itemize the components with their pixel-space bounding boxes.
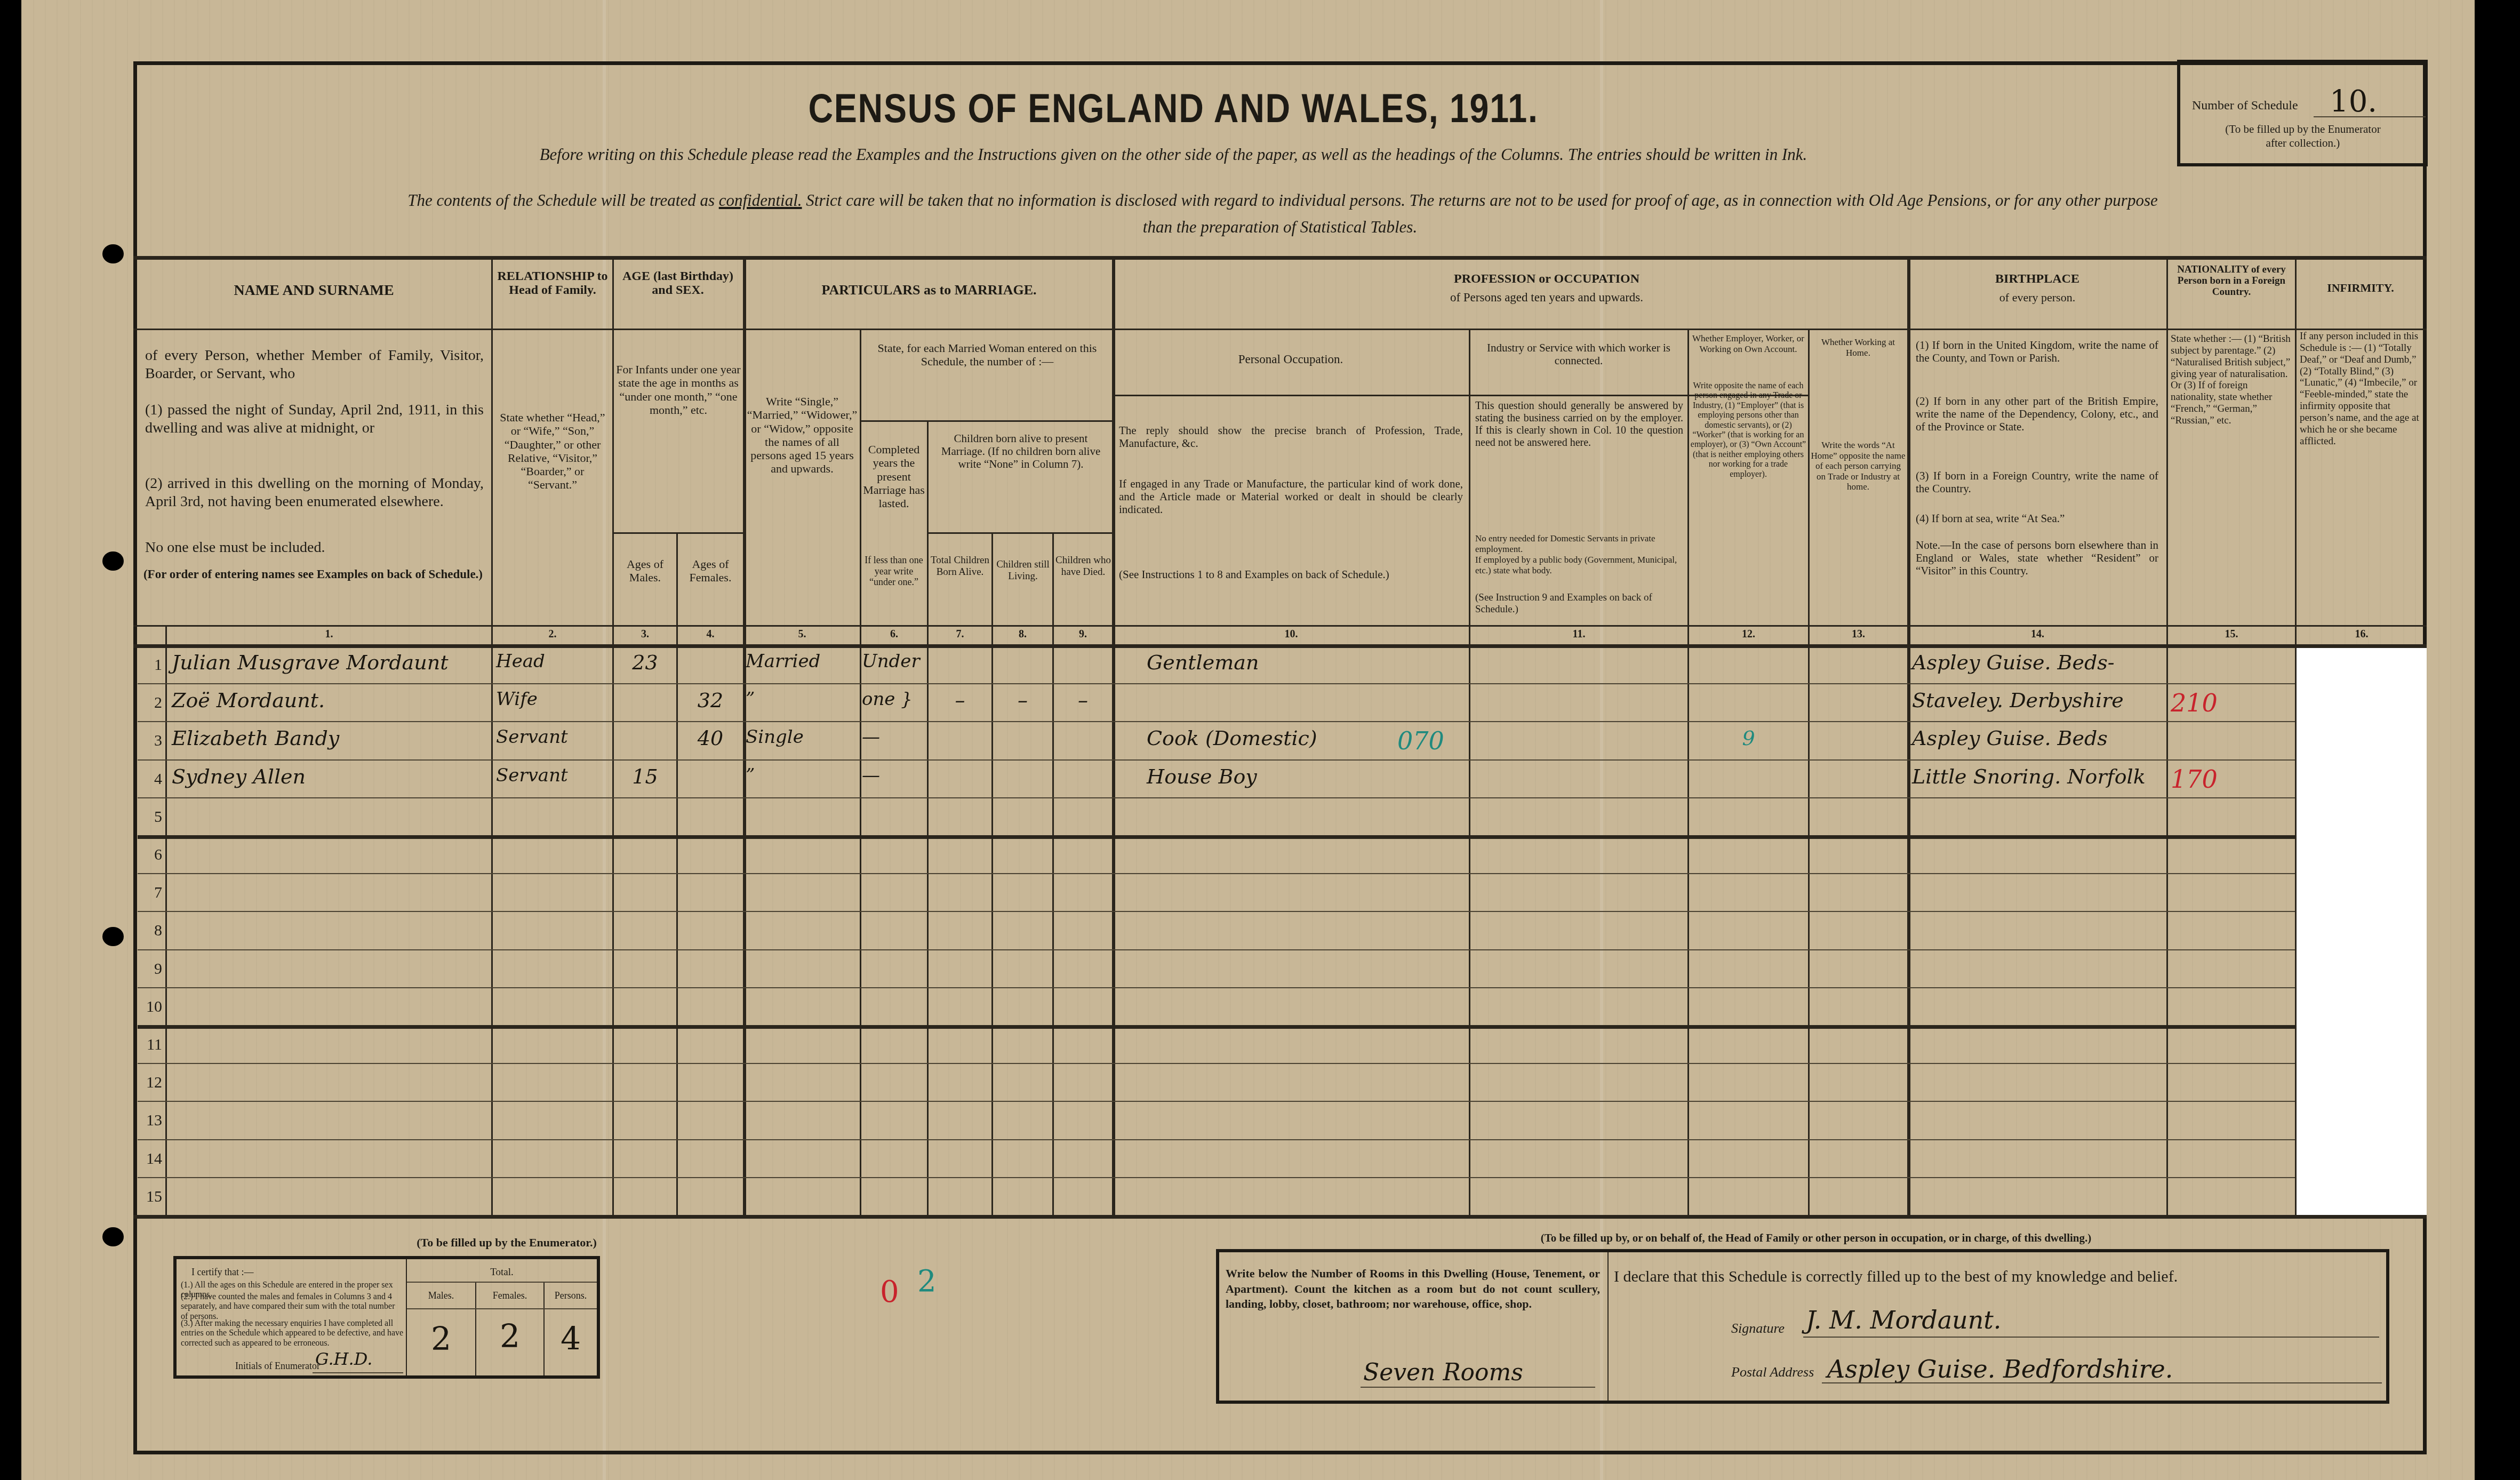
head-of-family-heading: (To be filled up by, or on behalf of, th… xyxy=(1269,1232,2363,1244)
row-number: 6 xyxy=(138,846,162,864)
enumerator-initials[interactable]: G.H.D. xyxy=(315,1349,372,1369)
table-row: 3Elizabeth BandyServant40Single—Cook (Do… xyxy=(0,722,2520,760)
cell-born-alive[interactable]: – xyxy=(929,689,991,712)
enumerator-heading: (To be filled up by the Enumerator.) xyxy=(240,1236,773,1249)
cell-condition[interactable]: ” xyxy=(746,765,860,786)
table-row: 2Zoë Mordaunt.Wife32”one }–––Staveley. D… xyxy=(0,684,2520,722)
cell-age-female[interactable]: 40 xyxy=(678,726,743,750)
cell-relationship[interactable]: Head xyxy=(496,651,611,672)
row-number: 15 xyxy=(138,1188,162,1206)
row-number: 13 xyxy=(138,1111,162,1130)
cell-years-married[interactable]: one } xyxy=(862,689,927,710)
punch-hole xyxy=(102,551,124,571)
cell-died[interactable]: – xyxy=(1054,689,1112,712)
row-number: 7 xyxy=(138,884,162,902)
schedule-number-value[interactable]: 10. xyxy=(2330,84,2377,119)
cell-age-male[interactable]: 23 xyxy=(614,651,676,674)
enumerator-box: I certify that :— (1.) All the ages on t… xyxy=(173,1256,600,1379)
total-persons[interactable]: 4 xyxy=(545,1321,597,1358)
punch-hole xyxy=(102,244,124,263)
cell-condition[interactable]: Single xyxy=(746,726,860,748)
cell-age-female[interactable]: 32 xyxy=(678,689,743,712)
schedule-number-label: Number of Schedule xyxy=(2192,98,2298,114)
table-row: 11 xyxy=(0,1026,2520,1064)
cell-birthplace[interactable]: Little Snoring. Norfolk xyxy=(1912,765,2166,788)
cell-condition[interactable]: Married xyxy=(746,651,860,672)
cell-name[interactable]: Elizabeth Bandy xyxy=(172,726,489,750)
margin-code-teal: 2 xyxy=(917,1264,937,1299)
row-number: 10 xyxy=(138,998,162,1016)
table-row: 1Julian Musgrave MordauntHead23MarriedUn… xyxy=(0,646,2520,684)
row-number: 2 xyxy=(138,694,162,712)
col-header-occupation: PROFESSION or OCCUPATION xyxy=(1227,272,1867,286)
schedule-number-box: Number of Schedule 10. (To be filled up … xyxy=(2177,60,2428,166)
row-number: 12 xyxy=(138,1074,162,1092)
cell-name[interactable]: Sydney Allen xyxy=(172,765,489,788)
cell-occupation[interactable]: Cook (Domestic) xyxy=(1147,726,1403,750)
col-header-infirmity: INFIRMITY. xyxy=(2297,282,2425,294)
cell-condition[interactable]: ” xyxy=(746,689,860,710)
row-number: 1 xyxy=(138,656,162,674)
table-row: 7 xyxy=(0,874,2520,912)
col-header-relationship: RELATIONSHIP to Head of Family. xyxy=(494,269,611,298)
row-number: 11 xyxy=(138,1036,162,1054)
declaration-box: Write below the Number of Rooms in this … xyxy=(1216,1249,2389,1404)
cell-years-married[interactable]: — xyxy=(862,765,927,786)
page-title: CENSUS OF ENGLAND AND WALES, 1911. xyxy=(720,85,1627,132)
cell-relationship[interactable]: Wife xyxy=(496,689,611,710)
table-row: 8 xyxy=(0,912,2520,950)
table-row: 12 xyxy=(0,1064,2520,1102)
table-row: 5 xyxy=(0,798,2520,836)
rooms-value[interactable]: Seven Rooms xyxy=(1363,1359,1523,1386)
punch-hole xyxy=(102,1227,124,1246)
row-number: 14 xyxy=(138,1150,162,1168)
col-header-marriage: PARTICULARS as to MARRIAGE. xyxy=(747,283,1111,298)
total-males[interactable]: 2 xyxy=(407,1321,475,1358)
cell-age-male[interactable]: 15 xyxy=(614,765,676,788)
row-number: 9 xyxy=(138,960,162,978)
cell-name[interactable]: Julian Musgrave Mordaunt xyxy=(172,651,489,674)
total-females[interactable]: 2 xyxy=(476,1318,543,1355)
instruction-line: Before writing on this Schedule please r… xyxy=(224,145,2123,164)
cell-occ-code[interactable]: 070 xyxy=(1397,726,1467,755)
cell-birthplace[interactable]: Aspley Guise. Beds xyxy=(1912,726,2166,750)
cell-name[interactable]: Zoë Mordaunt. xyxy=(172,689,489,712)
cell-birthplace[interactable]: Aspley Guise. Beds- xyxy=(1912,651,2166,674)
confidential-line-2: than the preparation of Statistical Tabl… xyxy=(640,218,1920,237)
margin-code-red: 0 xyxy=(880,1275,899,1309)
table-row: 13 xyxy=(0,1102,2520,1140)
cell-relationship[interactable]: Servant xyxy=(496,726,611,748)
table-row: 14 xyxy=(0,1140,2520,1178)
cell-birth-code[interactable]: 170 xyxy=(2171,765,2293,794)
col-header-nationality: NATIONALITY of every Person born in a Fo… xyxy=(2169,265,2294,298)
cell-relationship[interactable]: Servant xyxy=(496,765,611,786)
col-header-age: AGE (last Birthday) and SEX. xyxy=(614,269,741,298)
postal-address-field[interactable]: Aspley Guise. Bedfordshire. xyxy=(1827,1355,2173,1383)
cell-birthplace[interactable]: Staveley. Derbyshire xyxy=(1912,689,2166,712)
row-number: 4 xyxy=(138,770,162,788)
table-row: 15 xyxy=(0,1178,2520,1216)
cell-occupation[interactable]: Gentleman xyxy=(1147,651,1403,674)
table-row: 9 xyxy=(0,950,2520,988)
col-header-name: NAME AND SURNAME xyxy=(137,283,491,299)
cell-occupation[interactable]: House Boy xyxy=(1147,765,1403,788)
table-row: 10 xyxy=(0,988,2520,1026)
table-row: 4Sydney AllenServant15”—House BoyLittle … xyxy=(0,761,2520,798)
signature-field[interactable]: J. M. Mordaunt. xyxy=(1806,1306,2001,1334)
cell-birth-code[interactable]: 210 xyxy=(2171,689,2293,717)
row-number: 5 xyxy=(138,808,162,826)
cell-employer[interactable]: 9 xyxy=(1689,726,1808,750)
cell-living[interactable]: – xyxy=(993,689,1052,712)
cell-years-married[interactable]: Under xyxy=(862,651,927,672)
row-number: 3 xyxy=(138,732,162,750)
col-header-birthplace: BIRTHPLACE xyxy=(1909,272,2165,286)
table-row: 6 xyxy=(0,836,2520,874)
confidential-word: confidential. xyxy=(719,191,802,210)
cell-years-married[interactable]: — xyxy=(862,726,927,748)
confidential-line: The contents of the Schedule will be tre… xyxy=(155,191,2411,210)
row-number: 8 xyxy=(138,922,162,940)
